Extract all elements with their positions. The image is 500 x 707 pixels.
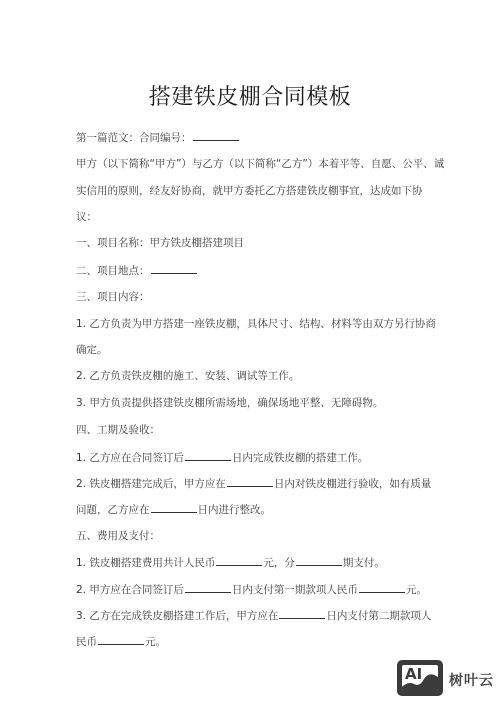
fill-in-blank <box>216 555 262 566</box>
line-text: 民币 <box>76 636 97 648</box>
document-line: 三、项目内容： <box>76 290 150 304</box>
line-text: 确定。 <box>76 344 108 356</box>
line-text: 1. 乙方负责为甲方搭建一座铁皮棚，具体尺寸、结构、材料等由双方另行协商 <box>76 318 436 330</box>
line-text: 日内完成铁皮棚的搭建工作。 <box>232 452 369 464</box>
line-text: 2. 乙方负责铁皮棚的施工、安装、调试等工作。 <box>76 370 299 382</box>
ai-image-logo-icon: AI <box>397 660 443 696</box>
line-text: 一、项目名称：甲方铁皮棚搭建项目 <box>76 237 244 249</box>
line-text: 日内进行整改。 <box>198 504 272 516</box>
line-text: 元，分 <box>263 557 295 569</box>
document-line: 民币元。 <box>76 634 166 649</box>
line-text: 三、项目内容： <box>76 291 150 303</box>
line-text: 日内对铁皮棚进行验收，如有质量 <box>274 478 432 490</box>
fill-in-blank <box>227 476 273 487</box>
line-text: 3. 乙方在完成铁皮棚搭建工作后，甲方应在 <box>76 610 278 622</box>
document-line: 确定。 <box>76 343 108 357</box>
document-line: 1. 乙方负责为甲方搭建一座铁皮棚，具体尺寸、结构、材料等由双方另行协商 <box>76 317 436 331</box>
line-text: 期支付。 <box>343 557 385 569</box>
line-text: 2. 铁皮棚搭建完成后，甲方应在 <box>76 478 226 490</box>
document-line: 2. 乙方负责铁皮棚的施工、安装、调试等工作。 <box>76 369 299 383</box>
line-text: 日内支付第二期款项人 <box>326 610 431 622</box>
fill-in-blank <box>151 263 197 274</box>
line-text: 元。 <box>406 584 427 596</box>
document-line: 甲方（以下简称“甲方”）与乙方（以下简称“乙方”）本着平等、自愿、公平、诚 <box>76 157 444 171</box>
document-line: 二、项目地点： <box>76 263 198 278</box>
fill-in-blank <box>193 130 239 141</box>
document-line: 一、项目名称：甲方铁皮棚搭建项目 <box>76 236 244 250</box>
line-text: 1. 铁皮棚搭建费用共计人民币 <box>76 557 215 569</box>
watermark-brand: 树叶云 <box>449 670 494 690</box>
line-text: 五、费用及支付： <box>76 530 160 542</box>
fill-in-blank <box>279 608 325 619</box>
fill-in-blank <box>151 502 197 513</box>
line-text: 第一篇范文：合同编号： <box>76 132 192 144</box>
fill-in-blank <box>296 555 342 566</box>
document-line: 1. 乙方应在合同签订后日内完成铁皮棚的搭建工作。 <box>76 450 368 465</box>
line-text: 问题，乙方应在 <box>76 504 150 516</box>
document-line: 3. 甲方负责提供搭建铁皮棚所需场地，确保场地平整、无障碍物。 <box>76 396 383 410</box>
fill-in-blank <box>98 634 144 645</box>
document-line: 问题，乙方应在日内进行整改。 <box>76 502 271 517</box>
document-line: 五、费用及支付： <box>76 529 160 543</box>
document-line: 2. 甲方应在合同签订后日内支付第一期款项人民币元。 <box>76 582 427 597</box>
document-line: 3. 乙方在完成铁皮棚搭建工作后，甲方应在日内支付第二期款项人 <box>76 608 431 623</box>
line-text: 2. 甲方应在合同签订后 <box>76 584 184 596</box>
document-title: 搭建铁皮棚合同模板 <box>0 84 500 112</box>
line-text: 3. 甲方负责提供搭建铁皮棚所需场地，确保场地平整、无障碍物。 <box>76 397 383 409</box>
document-line: 四、工期及验收： <box>76 423 160 437</box>
fill-in-blank <box>185 582 231 593</box>
line-text: 实信用的原则，经友好协商，就甲方委托乙方搭建铁皮棚事宜，达成如下协 <box>76 185 423 197</box>
line-text: 日内支付第一期款项人民币 <box>232 584 358 596</box>
mountain-icon <box>402 665 438 691</box>
line-text: 四、工期及验收： <box>76 424 160 436</box>
line-text: 元。 <box>145 636 166 648</box>
document-line: 2. 铁皮棚搭建完成后，甲方应在日内对铁皮棚进行验收，如有质量 <box>76 476 431 491</box>
document-line: 议： <box>76 210 97 224</box>
line-text: 1. 乙方应在合同签订后 <box>76 452 184 464</box>
fill-in-blank <box>185 450 231 461</box>
document-line: 第一篇范文：合同编号： <box>76 130 240 145</box>
document-line: 实信用的原则，经友好协商，就甲方委托乙方搭建铁皮棚事宜，达成如下协 <box>76 184 423 198</box>
document-line: 1. 铁皮棚搭建费用共计人民币元，分期支付。 <box>76 555 385 570</box>
line-text: 议： <box>76 211 97 223</box>
fill-in-blank <box>359 582 405 593</box>
line-text: 甲方（以下简称“甲方”）与乙方（以下简称“乙方”）本着平等、自愿、公平、诚 <box>76 158 444 170</box>
line-text: 二、项目地点： <box>76 265 150 277</box>
